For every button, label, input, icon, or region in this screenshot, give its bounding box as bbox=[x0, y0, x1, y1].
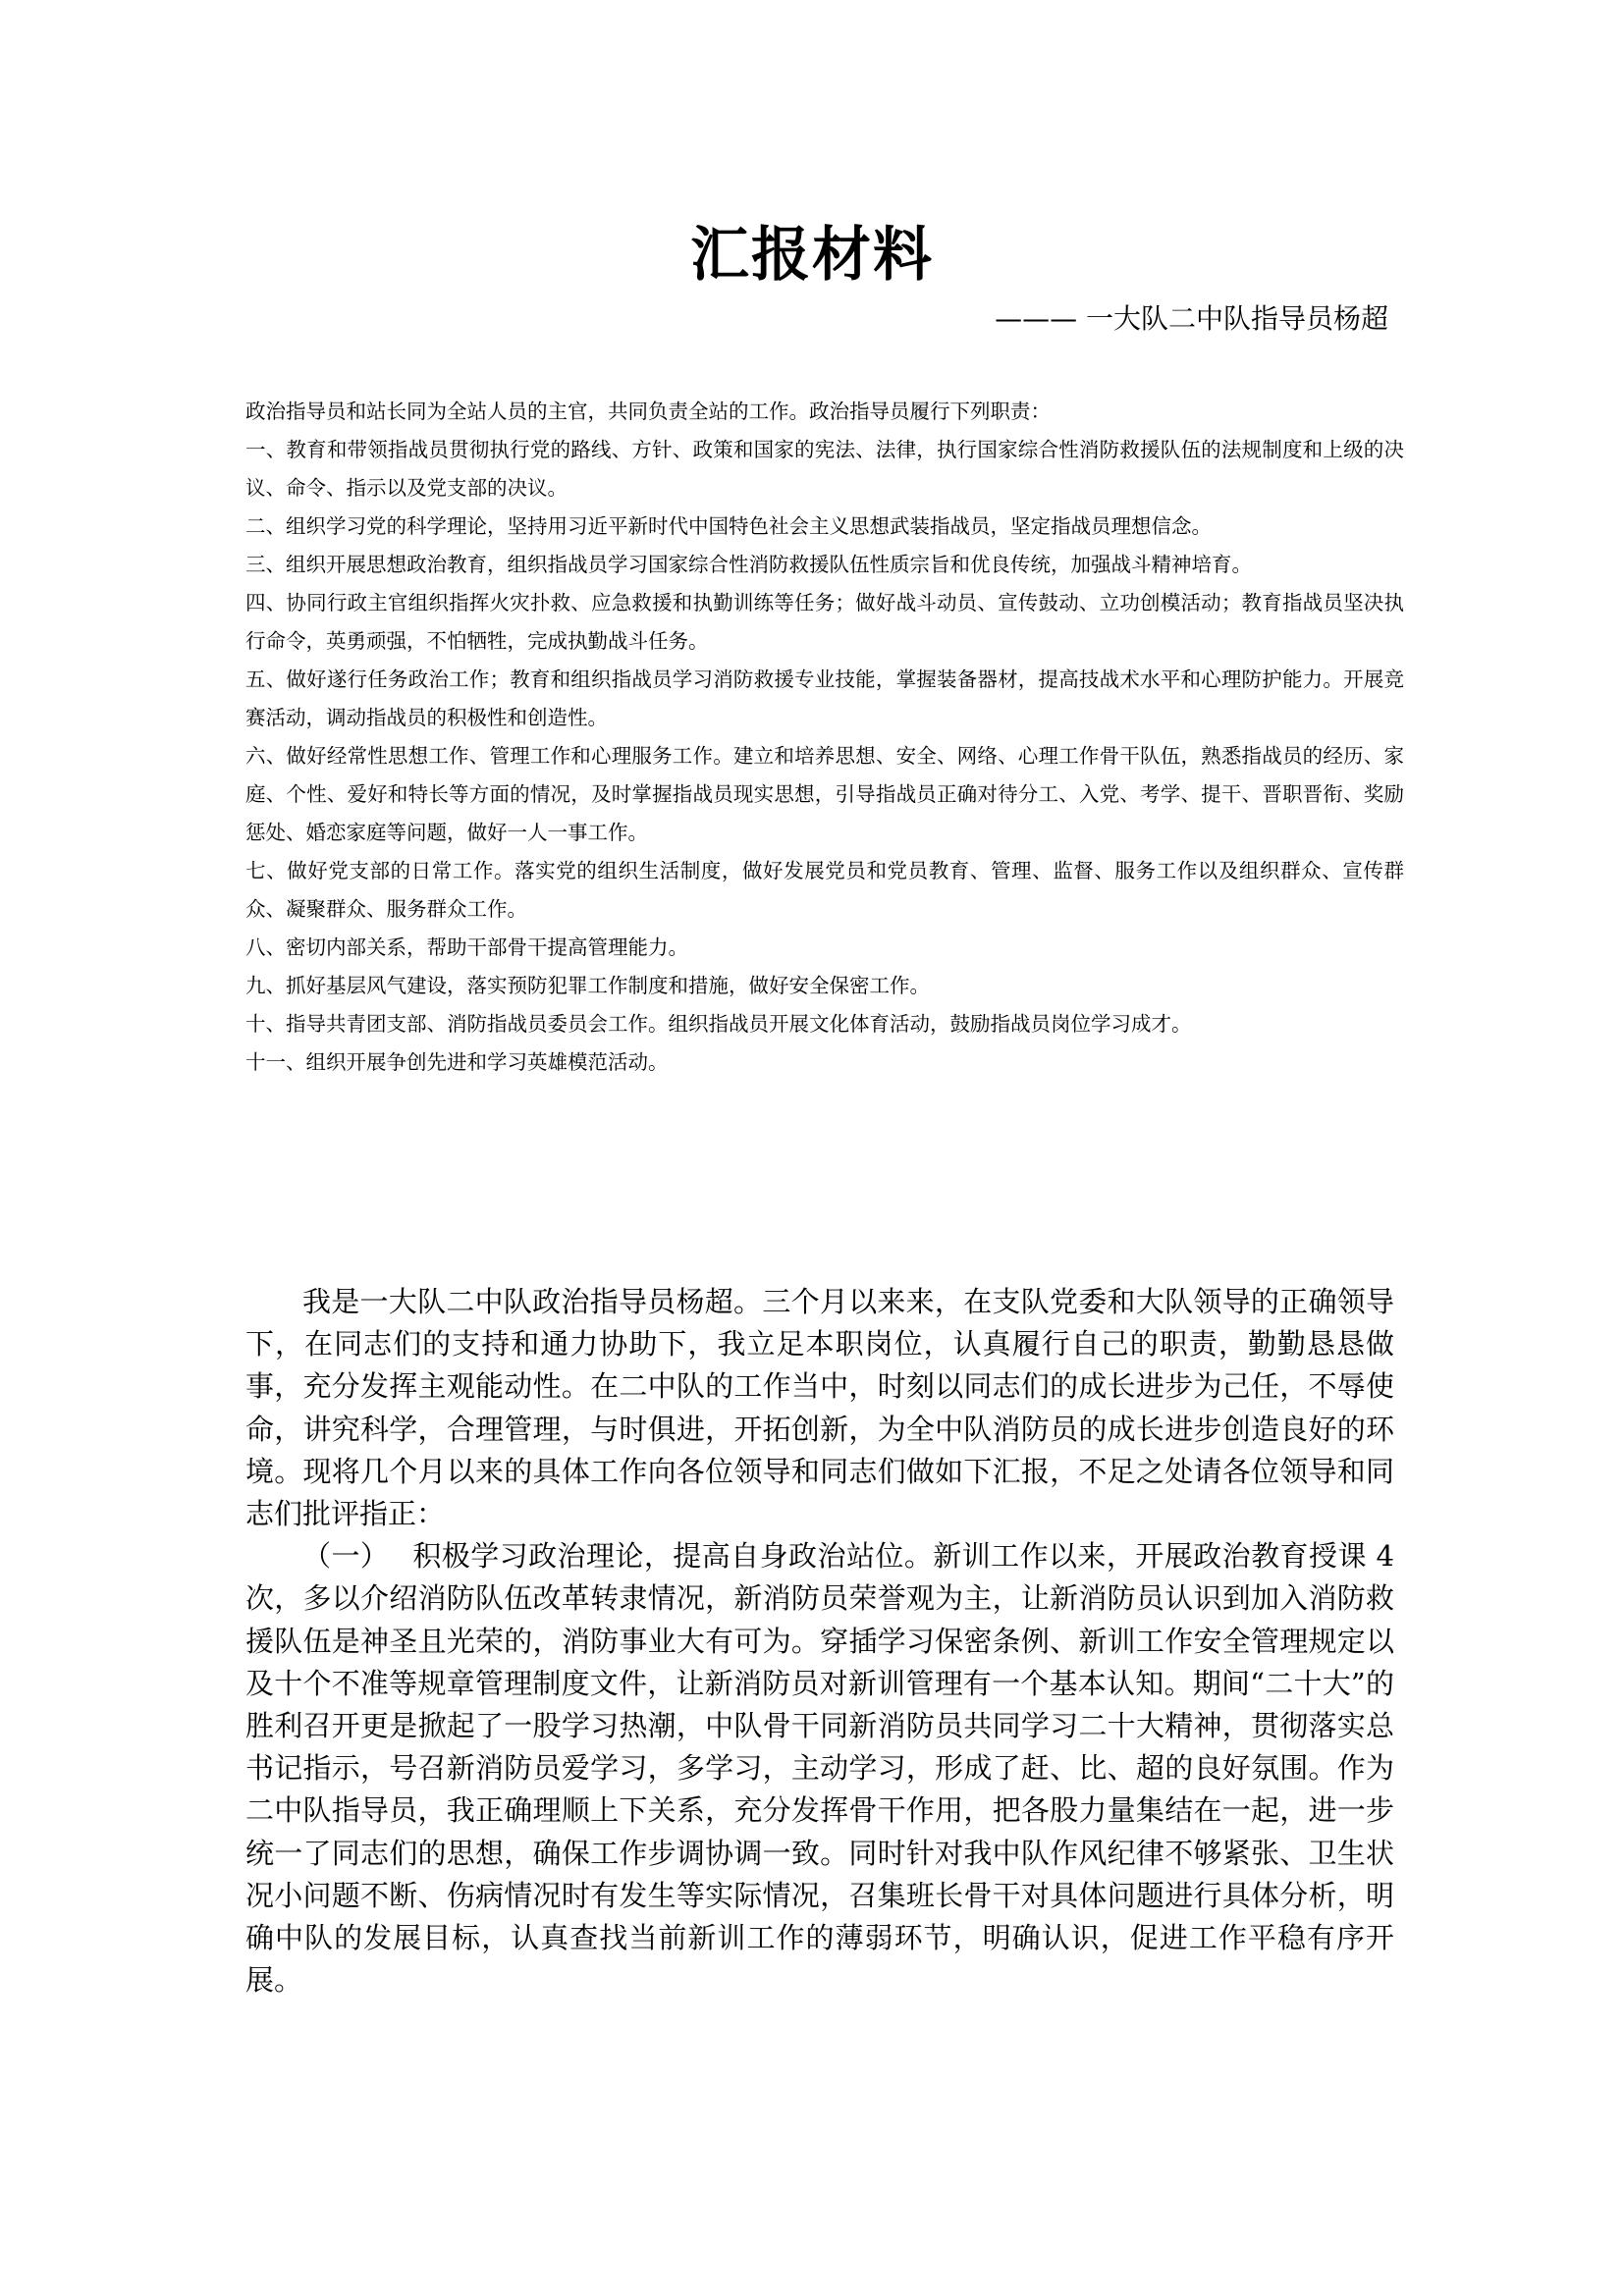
duty-item: 二、组织学习党的科学理论，坚持用习近平新时代中国特色社会主义思想武装指战员，坚定… bbox=[245, 507, 1404, 546]
report-body: 我是一大队二中队政治指导员杨超。三个月以来来，在支队党委和大队领导的正确领导下，… bbox=[245, 1281, 1394, 2002]
duty-item: 五、做好遂行任务政治工作；教育和组织指战员学习消防救援专业技能，掌握装备器材，提… bbox=[245, 661, 1404, 737]
report-opening-paragraph: 我是一大队二中队政治指导员杨超。三个月以来来，在支队党委和大队领导的正确领导下，… bbox=[245, 1281, 1394, 1535]
duty-item: 七、做好党支部的日常工作。落实党的组织生活制度，做好发展党员和党员教育、管理、监… bbox=[245, 852, 1404, 929]
duty-item: 八、密切内部关系，帮助干部骨干提高管理能力。 bbox=[245, 929, 1404, 967]
duty-item: 十、指导共青团支部、消防指战员委员会工作。组织指战员开展文化体育活动，鼓励指战员… bbox=[245, 1005, 1404, 1043]
section-number: （一） bbox=[302, 1539, 389, 1573]
duty-item: 四、协同行政主官组织指挥火灾扑救、应急救援和执勤训练等任务；做好战斗动员、宣传鼓… bbox=[245, 584, 1404, 661]
document-page: 汇报材料 ——— 一大队二中队指导员杨超 政治指导员和站长同为全站人员的主官，共… bbox=[0, 0, 1624, 2296]
duty-item: 九、抓好基层风气建设，落实预防犯罪工作制度和措施，做好安全保密工作。 bbox=[245, 967, 1404, 1005]
document-subtitle: ——— 一大队二中队指导员杨超 bbox=[995, 299, 1388, 339]
duties-intro: 政治指导员和站长同为全站人员的主官，共同负责全站的工作。政治指导员履行下列职责： bbox=[245, 393, 1404, 431]
section-text: 积极学习政治理论，提高自身政治站位。新训工作以来，开展政治教育授课 4 次，多以… bbox=[245, 1539, 1394, 1997]
duty-item: 三、组织开展思想政治教育，组织指战员学习国家综合性消防救援队伍性质宗旨和优良传统… bbox=[245, 546, 1404, 584]
duty-item: 一、教育和带领指战员贯彻执行党的路线、方针、政策和国家的宪法、法律，执行国家综合… bbox=[245, 431, 1404, 507]
document-title: 汇报材料 bbox=[0, 216, 1624, 294]
duty-item: 十一、组织开展争创先进和学习英雄模范活动。 bbox=[245, 1043, 1404, 1082]
duties-list: 政治指导员和站长同为全站人员的主官，共同负责全站的工作。政治指导员履行下列职责：… bbox=[245, 393, 1404, 1082]
report-section-paragraph: （一）积极学习政治理论，提高自身政治站位。新训工作以来，开展政治教育授课 4 次… bbox=[245, 1535, 1394, 2002]
duty-item: 六、做好经常性思想工作、管理工作和心理服务工作。建立和培养思想、安全、网络、心理… bbox=[245, 737, 1404, 852]
